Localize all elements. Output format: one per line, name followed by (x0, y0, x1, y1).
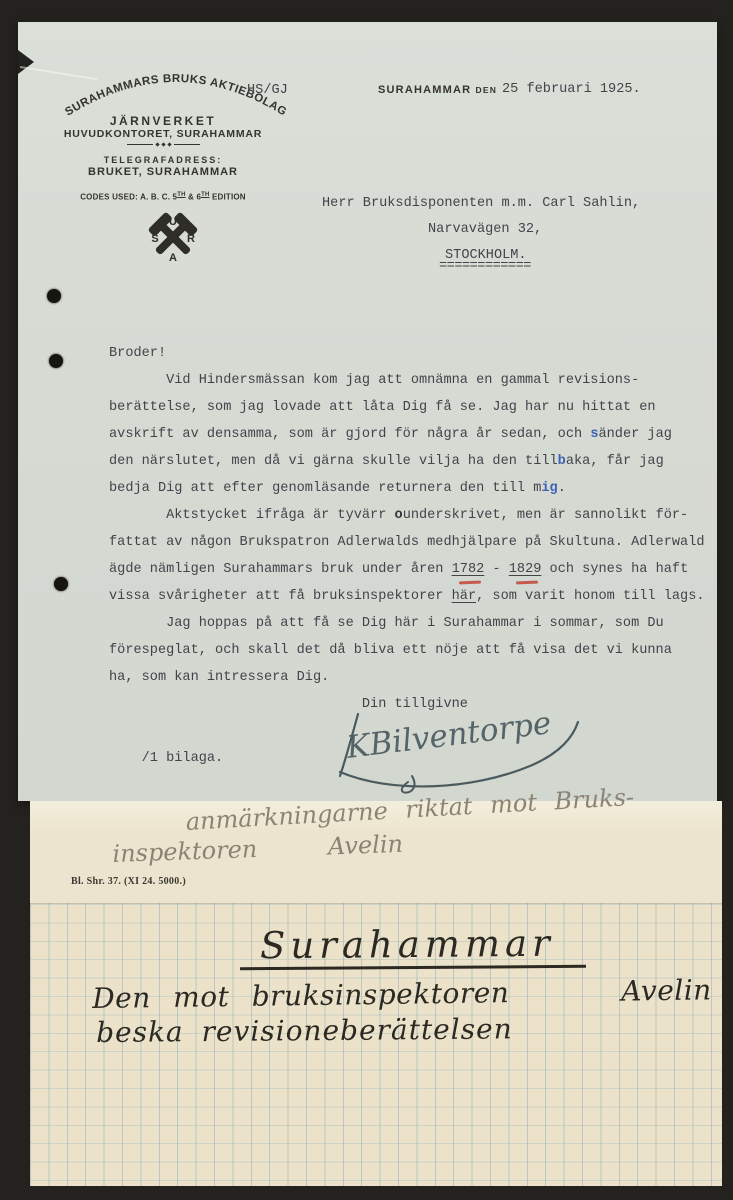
typed-text: bedja Dig att efter genomläsande returne… (109, 481, 541, 496)
letterhead-division: JÄRNVERKET (48, 114, 278, 128)
form-number: Bl. Shr. 37. (XI 24. 5000.) (71, 876, 186, 887)
typed-text: Vid Hindersmässan kom jag att omnämna en… (109, 373, 639, 388)
typed-text: . (558, 481, 566, 496)
punch-hole (49, 354, 63, 368)
typed-text: avskrift av densamma, som är gjord för n… (109, 427, 590, 442)
typed-text: ägde nämligen Surahammars bruk under åre… (109, 562, 452, 577)
typed-line: den närslutet, men då vi gärna skulle vi… (109, 448, 729, 475)
punch-hole (47, 289, 61, 303)
typed-line: fattat av någon Brukspatron Adlerwalds m… (109, 529, 729, 556)
typed-line: ägde nämligen Surahammars bruk under åre… (109, 556, 729, 583)
logo-letter-a: A (169, 252, 177, 264)
typed-text: förespeglat, och skall det då bliva ett … (109, 643, 672, 658)
dateline-printed: SURAHAMMAR DEN (378, 84, 497, 96)
typed-emphasis: o (395, 508, 403, 523)
typed-line: bedja Dig att efter genomläsande returne… (109, 475, 729, 502)
graph-paper: Surahammar Den mot bruksinspektoren Avel… (30, 903, 722, 1186)
typed-text: änder jag (598, 427, 671, 442)
letterhead-office: HUVUDKONTORET, SURAHAMMAR (48, 128, 278, 140)
logo-letter-r: R (187, 233, 195, 245)
typed-text: vissa svårigheter att få bruksinspektore… (109, 589, 452, 604)
typed-text: Jag hoppas på att få se Dig här i Suraha… (109, 616, 664, 631)
torn-corner-notch (18, 50, 34, 74)
telegraph-value: BRUKET, SURAHAMMAR (48, 166, 278, 178)
typed-text: berättelse, som jag lovade att låta Dig … (109, 400, 656, 415)
typed-line: avskrift av densamma, som är gjord för n… (109, 421, 729, 448)
typed-text: fattat av någon Brukspatron Adlerwalds m… (109, 535, 705, 550)
typed-line: Aktstycket ifråga är tyvärr ounderskrive… (109, 502, 729, 529)
recipient-city-underline: ============ (439, 259, 531, 274)
telegraph-label: TELEGRAFADRESS: (48, 155, 278, 165)
punch-hole (54, 577, 68, 591)
archive-title: Surahammar (260, 922, 555, 968)
typed-line: Vid Hindersmässan kom jag att omnämna en… (109, 367, 729, 394)
typed-line: ha, som kan intressera Dig. (109, 664, 729, 691)
signature-name: KBilventorpe (344, 705, 554, 766)
logo-letter-u: U (169, 216, 177, 228)
typed-emphasis: 1782 (452, 562, 485, 577)
typed-text: aka, får jag (566, 454, 664, 469)
typed-text: , som varit honom till lags. (476, 589, 704, 604)
archive-note-line2: beska revisioneberättelsen (96, 1012, 513, 1049)
typed-line: berättelse, som jag lovade att låta Dig … (109, 394, 729, 421)
logo-letter-s: S (151, 233, 158, 245)
typed-emphasis: här (452, 589, 476, 604)
typed-text: den närslutet, men då vi gärna skulle vi… (109, 454, 558, 469)
typed-text: ha, som kan intressera Dig. (109, 670, 329, 685)
archive-note-line1: Den mot bruksinspektoren Avelin riktade (92, 972, 722, 1015)
typed-text: - (484, 562, 508, 577)
letterhead-ornament-icon (48, 143, 278, 146)
typed-line: förespeglat, och skall det då bliva ett … (109, 637, 729, 664)
letter-page: SURAHAMMARS BRUKS AKTIEBOLAG JÄRNVERKET … (18, 22, 717, 801)
handwritten-signature: KBilventorpe (322, 702, 590, 797)
typed-text: Broder! (109, 346, 166, 361)
typed-text: och synes ha haft (541, 562, 688, 577)
typed-line: Broder! (109, 340, 729, 367)
scan-background: SURAHAMMARS BRUKS AKTIEBOLAG JÄRNVERKET … (0, 0, 733, 1200)
typed-text: Aktstycket ifråga är tyvärr (109, 508, 395, 523)
dateline-typed-date: 25 februari 1925. (502, 82, 641, 97)
crossed-hammers-logo-icon: U S R A (144, 208, 202, 266)
typed-line: Jag hoppas på att få se Dig här i Suraha… (109, 610, 729, 637)
reference-code: HS/GJ (247, 83, 288, 98)
codes-line: CODES USED: A. B. C. 5TH & 6TH EDITION (48, 192, 278, 202)
typed-text: /1 bilaga. (109, 751, 223, 766)
typed-emphasis: 1829 (509, 562, 542, 577)
recipient-name: Herr Bruksdisponenten m.m. Carl Sahlin, (322, 196, 640, 211)
typed-text: underskrivet, men är sannolikt för- (403, 508, 689, 523)
typed-line: vissa svårigheter att få bruksinspektore… (109, 583, 729, 610)
typed-emphasis: ig (541, 481, 557, 496)
typed-emphasis: b (558, 454, 566, 469)
recipient-street: Narvavägen 32, (428, 222, 542, 237)
